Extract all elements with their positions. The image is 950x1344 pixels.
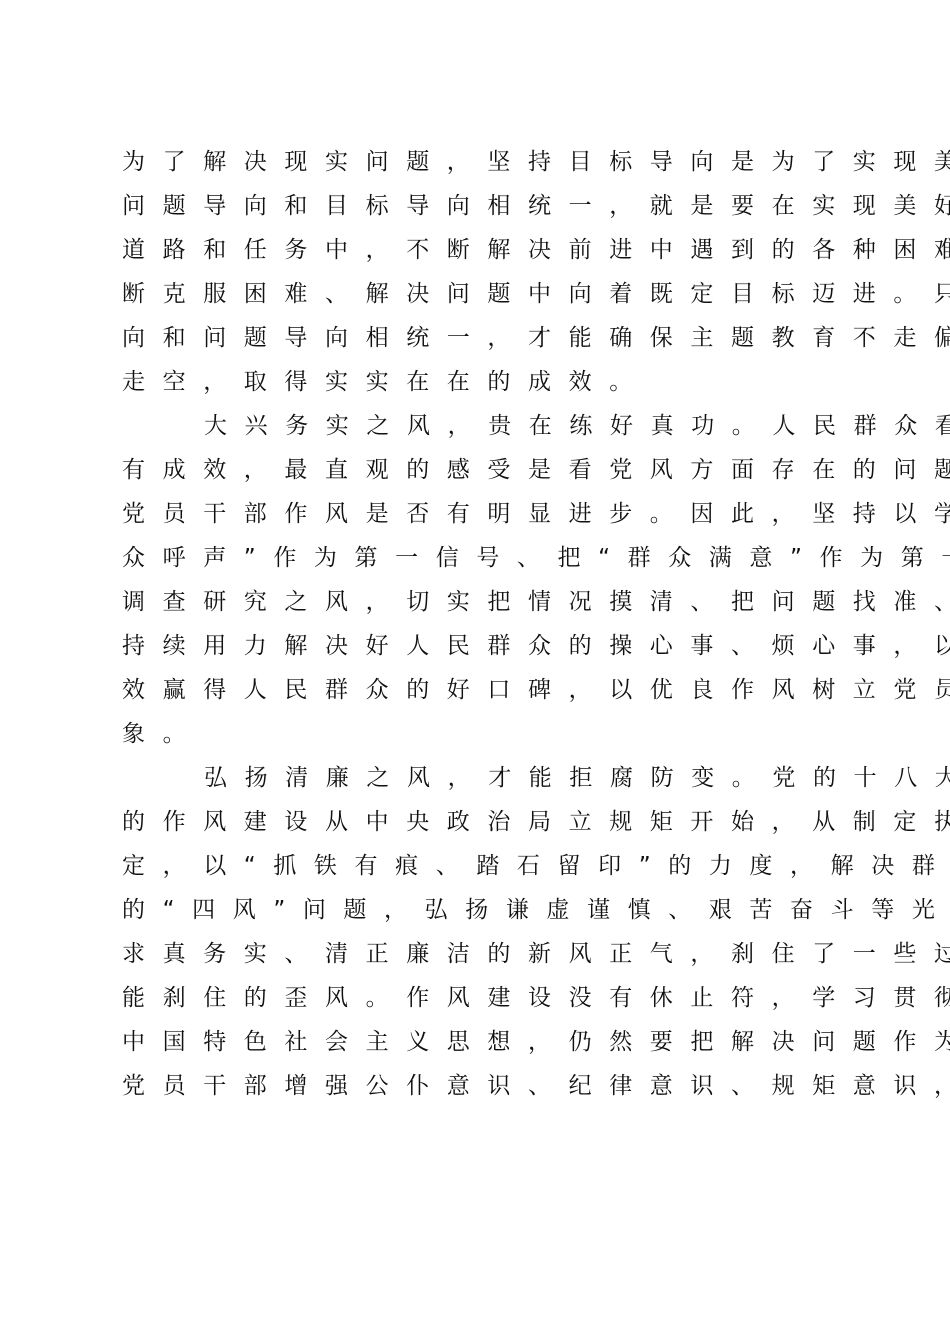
text-line: 象。 xyxy=(122,716,203,760)
text-line: 党员干部作风是否有明显进步。因此，坚持以学正风，把“群 xyxy=(122,496,950,540)
text-line: 效赢得人民群众的好口碑，以优良作风树立党员干部的良好形 xyxy=(122,672,950,716)
text-line: 能刹住的歪风。作风建设没有休止符，学习贯彻习近平新时代 xyxy=(122,980,950,1024)
text-line: 道路和任务中，不断解决前进中遇到的各种困难和问题，在不 xyxy=(122,232,950,276)
text-line: 断克服困难、解决问题中向着既定目标迈进。只有坚持目标导 xyxy=(122,276,950,320)
text-line: 问题导向和目标导向相统一，就是要在实现美好理想的方向、 xyxy=(122,188,950,232)
text-line: 党员干部增强公仆意识、纪律意识、规矩意识，做到公正用权、 xyxy=(122,1068,950,1112)
text-line: 的作风建设从中央政治局立规矩开始，从制定执行中央八项规 xyxy=(122,804,950,848)
text-line: 向和问题导向相统一，才能确保主题教育不走偏、不走样、不 xyxy=(122,320,950,364)
text-line: 中国特色社会主义思想，仍然要把解决问题作为突破口，教育 xyxy=(122,1024,950,1068)
text-line: 求真务实、清正廉洁的新风正气，刹住了一些过去被认为不可 xyxy=(122,936,950,980)
paragraph-first-line: 大兴务实之风，贵在练好真功。人民群众看主题教育是否 xyxy=(204,408,950,452)
text-line: 有成效，最直观的感受是看党风方面存在的问题是否得到解决、 xyxy=(122,452,950,496)
paragraph-first-line: 弘扬清廉之风，才能拒腐防变。党的十八大以来，我们党 xyxy=(204,760,950,804)
text-line: 持续用力解决好人民群众的操心事、烦心事，以主题教育的成 xyxy=(122,628,950,672)
text-line: 定，以“抓铁有痕、踏石留印”的力度，解决群众集中反映 xyxy=(122,848,950,892)
text-line: 为了解决现实问题，坚持目标导向是为了实现美好理想。坚持 xyxy=(122,144,950,188)
text-line: 走空，取得实实在在的成效。 xyxy=(122,364,650,408)
text-line: 的“四风”问题，弘扬谦虚谨慎、艰苦奋斗等光荣传统，涵养 xyxy=(122,892,950,936)
text-line: 调查研究之风，切实把情况摸清、把问题找准、把对策提实， xyxy=(122,584,950,628)
text-line: 众呼声”作为第一信号、把“群众满意”作为第一标准，大兴 xyxy=(122,540,950,584)
